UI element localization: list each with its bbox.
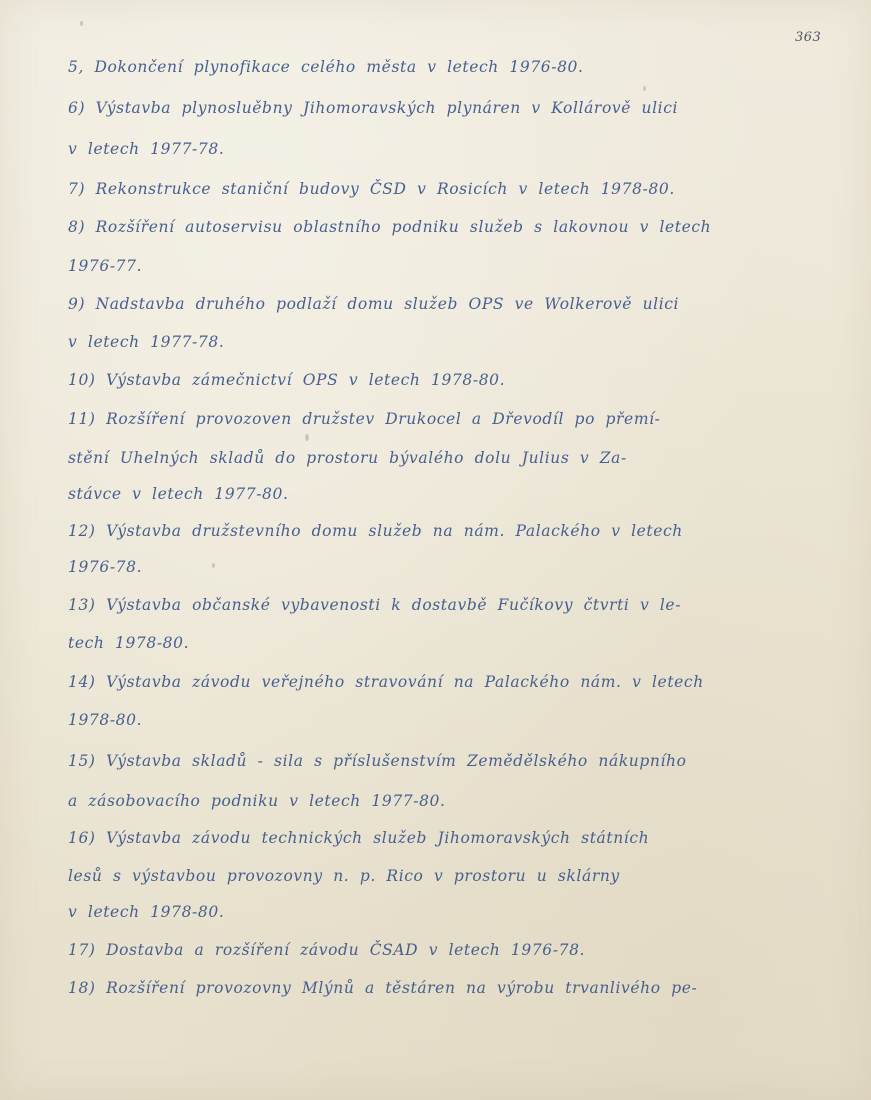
handwritten-line: 17) Dostavba a rozšíření závodu ČSAD v l…	[68, 941, 585, 959]
handwritten-line: 14) Výstavba závodu veřejného stravování…	[68, 673, 704, 691]
paper-speck	[212, 563, 215, 568]
handwritten-line: 18) Rozšíření provozovny Mlýnů a těstáre…	[68, 979, 697, 997]
handwritten-line: 1976-77.	[68, 257, 142, 275]
handwritten-line: 1976-78.	[68, 558, 142, 576]
handwritten-line: a zásobovacího podniku v letech 1977-80.	[68, 792, 446, 810]
paper-speck	[80, 21, 83, 26]
handwritten-line: 11) Rozšíření provozoven družstev Drukoc…	[68, 410, 661, 428]
handwritten-line: 10) Výstavba zámečnictví OPS v letech 19…	[68, 371, 505, 389]
handwritten-line: lesů s výstavbou provozovny n. p. Rico v…	[68, 867, 620, 885]
handwritten-line: stávce v letech 1977-80.	[68, 485, 289, 503]
paper-speck	[643, 86, 646, 91]
handwritten-line: 9) Nadstavba druhého podlaží domu služeb…	[68, 295, 679, 313]
handwritten-line: v letech 1978-80.	[68, 903, 224, 921]
document-page: 363 5, Dokončení plynofikace celého měst…	[0, 0, 871, 1100]
handwritten-line: 16) Výstavba závodu technických služeb J…	[68, 829, 649, 847]
handwritten-line: 12) Výstavba družstevního domu služeb na…	[68, 522, 683, 540]
handwritten-line: stění Uhelných skladů do prostoru bývalé…	[68, 449, 627, 467]
handwritten-line: 7) Rekonstrukce staniční budovy ČSD v Ro…	[68, 180, 675, 198]
handwritten-line: 8) Rozšíření autoservisu oblastního podn…	[68, 218, 711, 236]
handwritten-line: v letech 1977-78.	[68, 333, 224, 351]
handwritten-line: 15) Výstavba skladů - sila s příslušenst…	[68, 752, 687, 770]
handwritten-line: v letech 1977-78.	[68, 140, 224, 158]
handwritten-line: tech 1978-80.	[68, 634, 189, 652]
handwritten-line: 6) Výstavba plynosluěbny Jihomoravských …	[68, 99, 678, 117]
page-number: 363	[795, 30, 821, 45]
handwritten-line: 1978-80.	[68, 711, 142, 729]
paper-speck	[305, 434, 309, 441]
handwritten-line: 13) Výstavba občanské vybavenosti k dost…	[68, 596, 681, 614]
handwritten-line: 5, Dokončení plynofikace celého města v …	[68, 58, 584, 76]
